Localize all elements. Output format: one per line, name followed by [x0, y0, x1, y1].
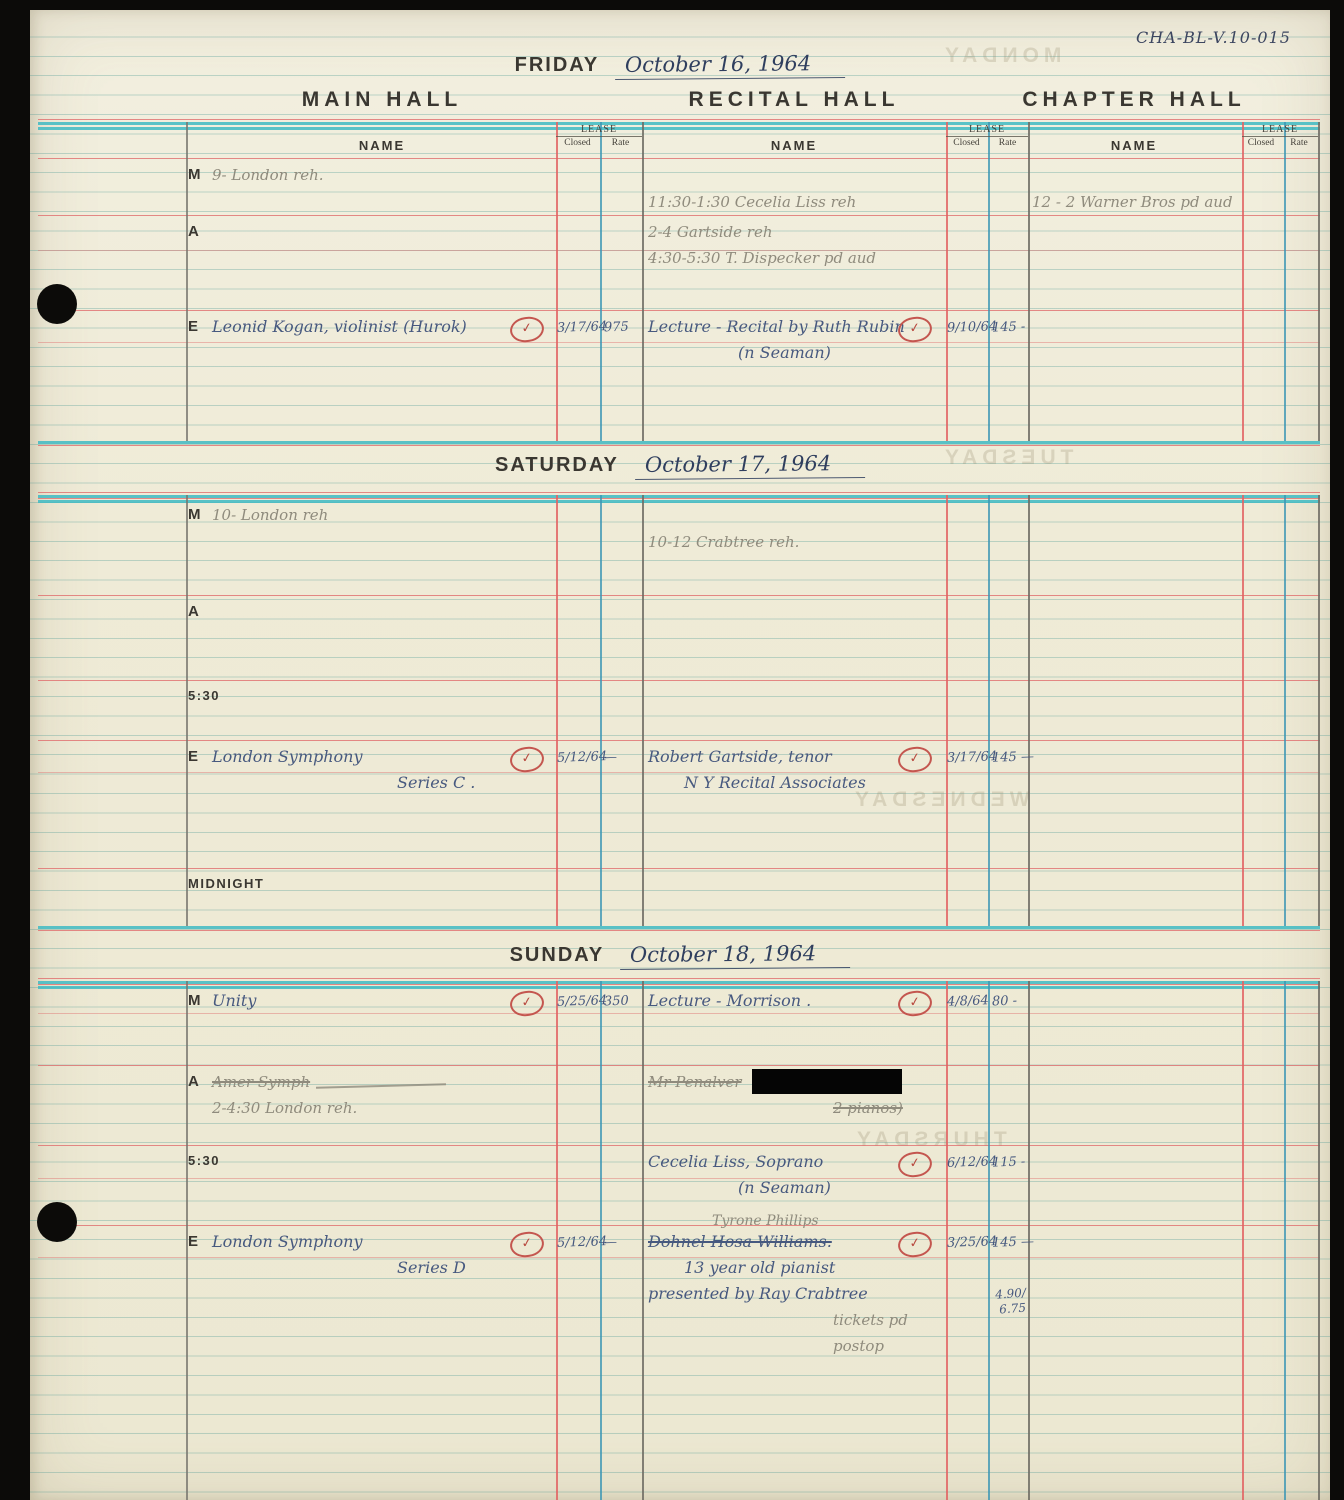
- entry-line: Lecture - Recital by Ruth Rubin: [648, 314, 924, 340]
- lease-closed-date: 6/12/64: [947, 1154, 998, 1171]
- lease-header: LEASEClosedRate: [946, 124, 1028, 148]
- rule-line: [1318, 981, 1320, 1500]
- rule-line: [38, 492, 1320, 493]
- entry-line: (n Seaman): [738, 340, 924, 366]
- entry-text: Robert Gartside, tenor: [648, 747, 832, 766]
- rule-line: [1242, 495, 1244, 926]
- day-date-handwritten: October 18, 1964: [620, 941, 850, 970]
- entry-line: 2 pianos): [833, 1095, 924, 1121]
- entry-cell: Robert Gartside, tenorN Y Recital Associ…: [648, 744, 924, 796]
- rate-column-label: Rate: [1280, 138, 1318, 148]
- entry-text: 4:30-5:30 T. Dispecker pd aud: [648, 249, 876, 267]
- rule-line: [38, 868, 1320, 869]
- rule-line: [38, 122, 1320, 125]
- rule-line: [186, 495, 188, 926]
- lease-rate-value: —: [604, 750, 618, 765]
- rule-line: [1028, 495, 1030, 926]
- entry-text: Lecture - Recital by Ruth Rubin: [648, 317, 905, 336]
- entry-line: Cecelia Liss, Soprano: [648, 1149, 924, 1175]
- rule-line: [642, 981, 644, 1500]
- entry-cell: 10- London reh: [212, 502, 536, 528]
- rate-notes: 4.90/6.75: [986, 1287, 1026, 1317]
- entry-text-overlay: Tyrone Phillips: [712, 1213, 819, 1229]
- rule-line: [600, 122, 602, 441]
- entry-cell: Cecelia Liss, Soprano(n Seaman): [648, 1149, 924, 1201]
- entry-line: Amer Symph: [212, 1069, 536, 1095]
- rule-line: [38, 158, 1320, 159]
- rule-line: [1242, 981, 1244, 1500]
- rule-line: [38, 1145, 1320, 1146]
- name-column-header: NAME: [1111, 138, 1157, 153]
- entry-cell: Amer Symph2-4:30 London reh.: [212, 1069, 536, 1121]
- entry-line: N Y Recital Associates: [684, 770, 924, 796]
- entry-text: Leonid Kogan, violinist (Hurok): [212, 317, 467, 336]
- rule-line: [38, 310, 1320, 311]
- lease-rate-value: 145 -: [992, 319, 1026, 335]
- day-header: FRIDAYOctober 16, 1964: [400, 52, 960, 79]
- rule-line: [38, 445, 1320, 446]
- entry-line: 12 - 2 Warner Bros pd aud: [1032, 189, 1226, 215]
- rule-line: [1028, 122, 1030, 441]
- rule-line: [38, 680, 1320, 681]
- entry-line: presented by Ray Crabtree: [648, 1281, 924, 1307]
- rule-line: [38, 926, 1320, 929]
- row-label: M: [188, 166, 202, 183]
- page-content: CHA-BL-V.10-015 MONDAYTUESDAYWEDNESDAYTH…: [0, 0, 1344, 1500]
- day-name-label: FRIDAY: [515, 54, 600, 77]
- row-label: A: [188, 603, 200, 620]
- entry-cell: Leonid Kogan, violinist (Hurok): [212, 314, 536, 340]
- entry-text: presented by Ray Crabtree: [648, 1284, 868, 1303]
- lease-closed-date: 5/25/64: [557, 993, 608, 1010]
- rule-line: [600, 495, 602, 926]
- name-column-header: NAME: [771, 138, 817, 153]
- lease-closed-date: 3/17/64: [947, 749, 998, 766]
- row-label: M: [188, 992, 202, 1009]
- entry-text: Amer Symph: [212, 1073, 310, 1091]
- entry-text: 13 year old pianist: [684, 1258, 835, 1277]
- entry-line: 11:30-1:30 Cecelia Liss reh: [648, 189, 924, 215]
- row-label: E: [188, 748, 199, 765]
- day-header: SATURDAYOctober 17, 1964: [400, 452, 960, 479]
- entry-text: Series C .: [397, 773, 475, 792]
- rule-line: [1318, 122, 1320, 441]
- entry-line: Unity: [212, 988, 536, 1014]
- rule-line: [38, 984, 1320, 985]
- ghost-bleedthrough-text: TUESDAY: [940, 446, 1073, 470]
- entry-line: 10- London reh: [212, 502, 536, 528]
- entry-cell: 10-12 Crabtree reh.: [648, 502, 924, 555]
- row-label: E: [188, 1233, 199, 1250]
- rule-line: [38, 1065, 1320, 1066]
- entry-line: 2-4 Gartside reh: [648, 219, 924, 245]
- entry-text: postop: [833, 1337, 884, 1355]
- entry-text: London Symphony: [212, 1232, 363, 1251]
- page-code: CHA-BL-V.10-015: [1136, 28, 1291, 47]
- entry-text: Dohnel Hosa Williams.: [648, 1232, 832, 1251]
- row-label: E: [188, 318, 199, 335]
- lease-subheaders: ClosedRate: [556, 137, 642, 148]
- rule-line: [38, 441, 1320, 444]
- lease-subheaders: ClosedRate: [1242, 137, 1318, 148]
- entry-cell: 11:30-1:30 Cecelia Liss reh: [648, 162, 924, 215]
- rule-line: [1242, 122, 1244, 441]
- lease-header: LEASEClosedRate: [556, 124, 642, 148]
- lease-closed-date: 3/25/64: [947, 1234, 998, 1251]
- entry-text: N Y Recital Associates: [684, 773, 866, 792]
- rule-line: [556, 495, 558, 926]
- hall-title: RECITAL HALL: [689, 88, 900, 112]
- lease-header: LEASEClosedRate: [1242, 124, 1318, 148]
- row-label: 5:30: [188, 688, 220, 703]
- rate-column-label: Rate: [987, 138, 1028, 148]
- entry-text: Mr Penalver: [648, 1073, 742, 1091]
- row-label: A: [188, 223, 200, 240]
- punch-hole: [37, 1202, 77, 1242]
- entry-line: 2-4:30 London reh.: [212, 1095, 536, 1121]
- punch-hole: [37, 284, 77, 324]
- entry-text: 10-12 Crabtree reh.: [648, 533, 799, 551]
- entry-line: 13 year old pianist: [684, 1255, 924, 1281]
- hall-title: CHAPTER HALL: [1022, 88, 1245, 112]
- entry-line: London Symphony: [212, 1229, 536, 1255]
- entry-text: 9- London reh.: [212, 166, 324, 184]
- entry-cell: Mr Penalver2 pianos): [648, 1069, 924, 1121]
- entry-cell: Unity: [212, 988, 536, 1014]
- day-header: SUNDAYOctober 18, 1964: [400, 942, 960, 969]
- rule-line: [38, 740, 1320, 741]
- entry-text: 12 - 2 Warner Bros pd aud: [1032, 193, 1233, 211]
- entry-text: 2-4 Gartside reh: [648, 223, 773, 241]
- entry-line: 10-12 Crabtree reh.: [648, 529, 924, 555]
- rule-line: [556, 122, 558, 441]
- entry-line: Mr Penalver: [648, 1069, 924, 1095]
- day-date-handwritten: October 16, 1964: [615, 51, 845, 80]
- entry-text: 2 pianos): [833, 1099, 903, 1117]
- entry-line: Series D: [397, 1255, 536, 1281]
- lease-closed-date: 9/10/64: [947, 319, 998, 336]
- lease-rate-value: 145 —: [992, 749, 1034, 765]
- rate-note: 6.75: [986, 1301, 1027, 1319]
- entry-text: 11:30-1:30 Cecelia Liss reh: [648, 193, 856, 211]
- entry-text: (n Seaman): [738, 343, 831, 362]
- hall-title: MAIN HALL: [302, 88, 462, 112]
- entry-cell: Tyrone PhillipsDohnel Hosa Williams.13 y…: [648, 1229, 924, 1359]
- lease-closed-date: 5/12/64: [557, 749, 608, 766]
- lease-closed-date: 3/17/64: [557, 319, 608, 336]
- rule-line: [1284, 122, 1286, 441]
- entry-text: (n Seaman): [738, 1178, 831, 1197]
- entry-text: Cecelia Liss, Soprano: [648, 1152, 823, 1171]
- lease-label: LEASE: [1242, 124, 1318, 137]
- name-column-header: NAME: [359, 138, 405, 153]
- row-label: A: [188, 1073, 200, 1090]
- entry-cell: Lecture - Recital by Ruth Rubin(n Seaman…: [648, 314, 924, 366]
- entry-text: 10- London reh: [212, 506, 328, 524]
- entry-cell: 12 - 2 Warner Bros pd aud: [1032, 162, 1226, 215]
- entry-line: (n Seaman): [738, 1175, 924, 1201]
- lease-label: LEASE: [556, 124, 642, 137]
- rule-line: [946, 495, 948, 926]
- lease-label: LEASE: [946, 124, 1028, 137]
- entry-line: 9- London reh.: [212, 162, 536, 188]
- lease-rate-value: 80 -: [992, 994, 1018, 1010]
- closed-column-label: Closed: [946, 138, 987, 148]
- rule-line: [1284, 495, 1286, 926]
- row-label: MIDNIGHT: [188, 876, 264, 891]
- rule-line: [38, 595, 1320, 596]
- entry-cell: 2-4 Gartside reh4:30-5:30 T. Dispecker p…: [648, 219, 924, 271]
- scanned-ledger-page: CHA-BL-V.10-015 MONDAYTUESDAYWEDNESDAYTH…: [30, 10, 1330, 1500]
- redaction-box: [752, 1069, 902, 1094]
- lease-rate-value: 975: [604, 320, 629, 336]
- rule-line: [38, 127, 1320, 130]
- rule-line: [1318, 495, 1320, 926]
- entry-cell: London SymphonySeries C .: [212, 744, 536, 796]
- entry-line: Lecture - Morrison .: [648, 988, 924, 1014]
- rule-line: [946, 122, 948, 441]
- lease-closed-date: 5/12/64: [557, 1234, 608, 1251]
- rule-line: [1284, 981, 1286, 1500]
- entry-line: 4:30-5:30 T. Dispecker pd aud: [648, 245, 924, 271]
- lease-rate-value: 145 —: [992, 1234, 1034, 1250]
- entry-cell: 9- London reh.: [212, 162, 536, 188]
- entry-cell: Lecture - Morrison .: [648, 988, 924, 1014]
- entry-text: tickets pd: [833, 1311, 908, 1329]
- day-name-label: SATURDAY: [495, 454, 619, 477]
- lease-closed-date: 4/8/64: [947, 993, 989, 1009]
- rule-line: [988, 122, 990, 441]
- entry-line: Robert Gartside, tenor: [648, 744, 924, 770]
- entry-line: tickets pd: [833, 1307, 924, 1333]
- lease-subheaders: ClosedRate: [946, 137, 1028, 148]
- entry-text: Lecture - Morrison .: [648, 991, 811, 1010]
- lease-rate-value: 115 -: [992, 1154, 1026, 1170]
- rule-line: [38, 215, 1320, 216]
- lease-rate-value: 350: [604, 994, 629, 1010]
- rule-line: [988, 495, 990, 926]
- row-label: M: [188, 506, 202, 523]
- scribble-strike: [316, 1083, 446, 1088]
- entry-cell: London SymphonySeries D: [212, 1229, 536, 1281]
- rate-column-label: Rate: [599, 138, 642, 148]
- rule-line: [38, 930, 1320, 931]
- day-name-label: SUNDAY: [510, 944, 605, 967]
- entry-text: Series D: [397, 1258, 466, 1277]
- rule-line: [642, 122, 644, 441]
- rule-line: [38, 1225, 1320, 1226]
- rule-line: [38, 119, 1320, 120]
- entry-text: Unity: [212, 991, 256, 1010]
- rule-line: [38, 978, 1320, 979]
- entry-line: Dohnel Hosa Williams.: [648, 1229, 924, 1255]
- closed-column-label: Closed: [1242, 138, 1280, 148]
- lease-rate-value: —: [604, 1235, 618, 1250]
- entry-text: London Symphony: [212, 747, 363, 766]
- rule-line: [38, 498, 1320, 499]
- entry-line: London Symphony: [212, 744, 536, 770]
- row-label: 5:30: [188, 1153, 220, 1168]
- closed-column-label: Closed: [556, 138, 599, 148]
- entry-line: Leonid Kogan, violinist (Hurok): [212, 314, 536, 340]
- rule-line: [642, 495, 644, 926]
- day-date-handwritten: October 17, 1964: [635, 451, 865, 480]
- entry-text: 2-4:30 London reh.: [212, 1099, 357, 1117]
- entry-line: postop: [833, 1333, 924, 1359]
- entry-line: Series C .: [397, 770, 536, 796]
